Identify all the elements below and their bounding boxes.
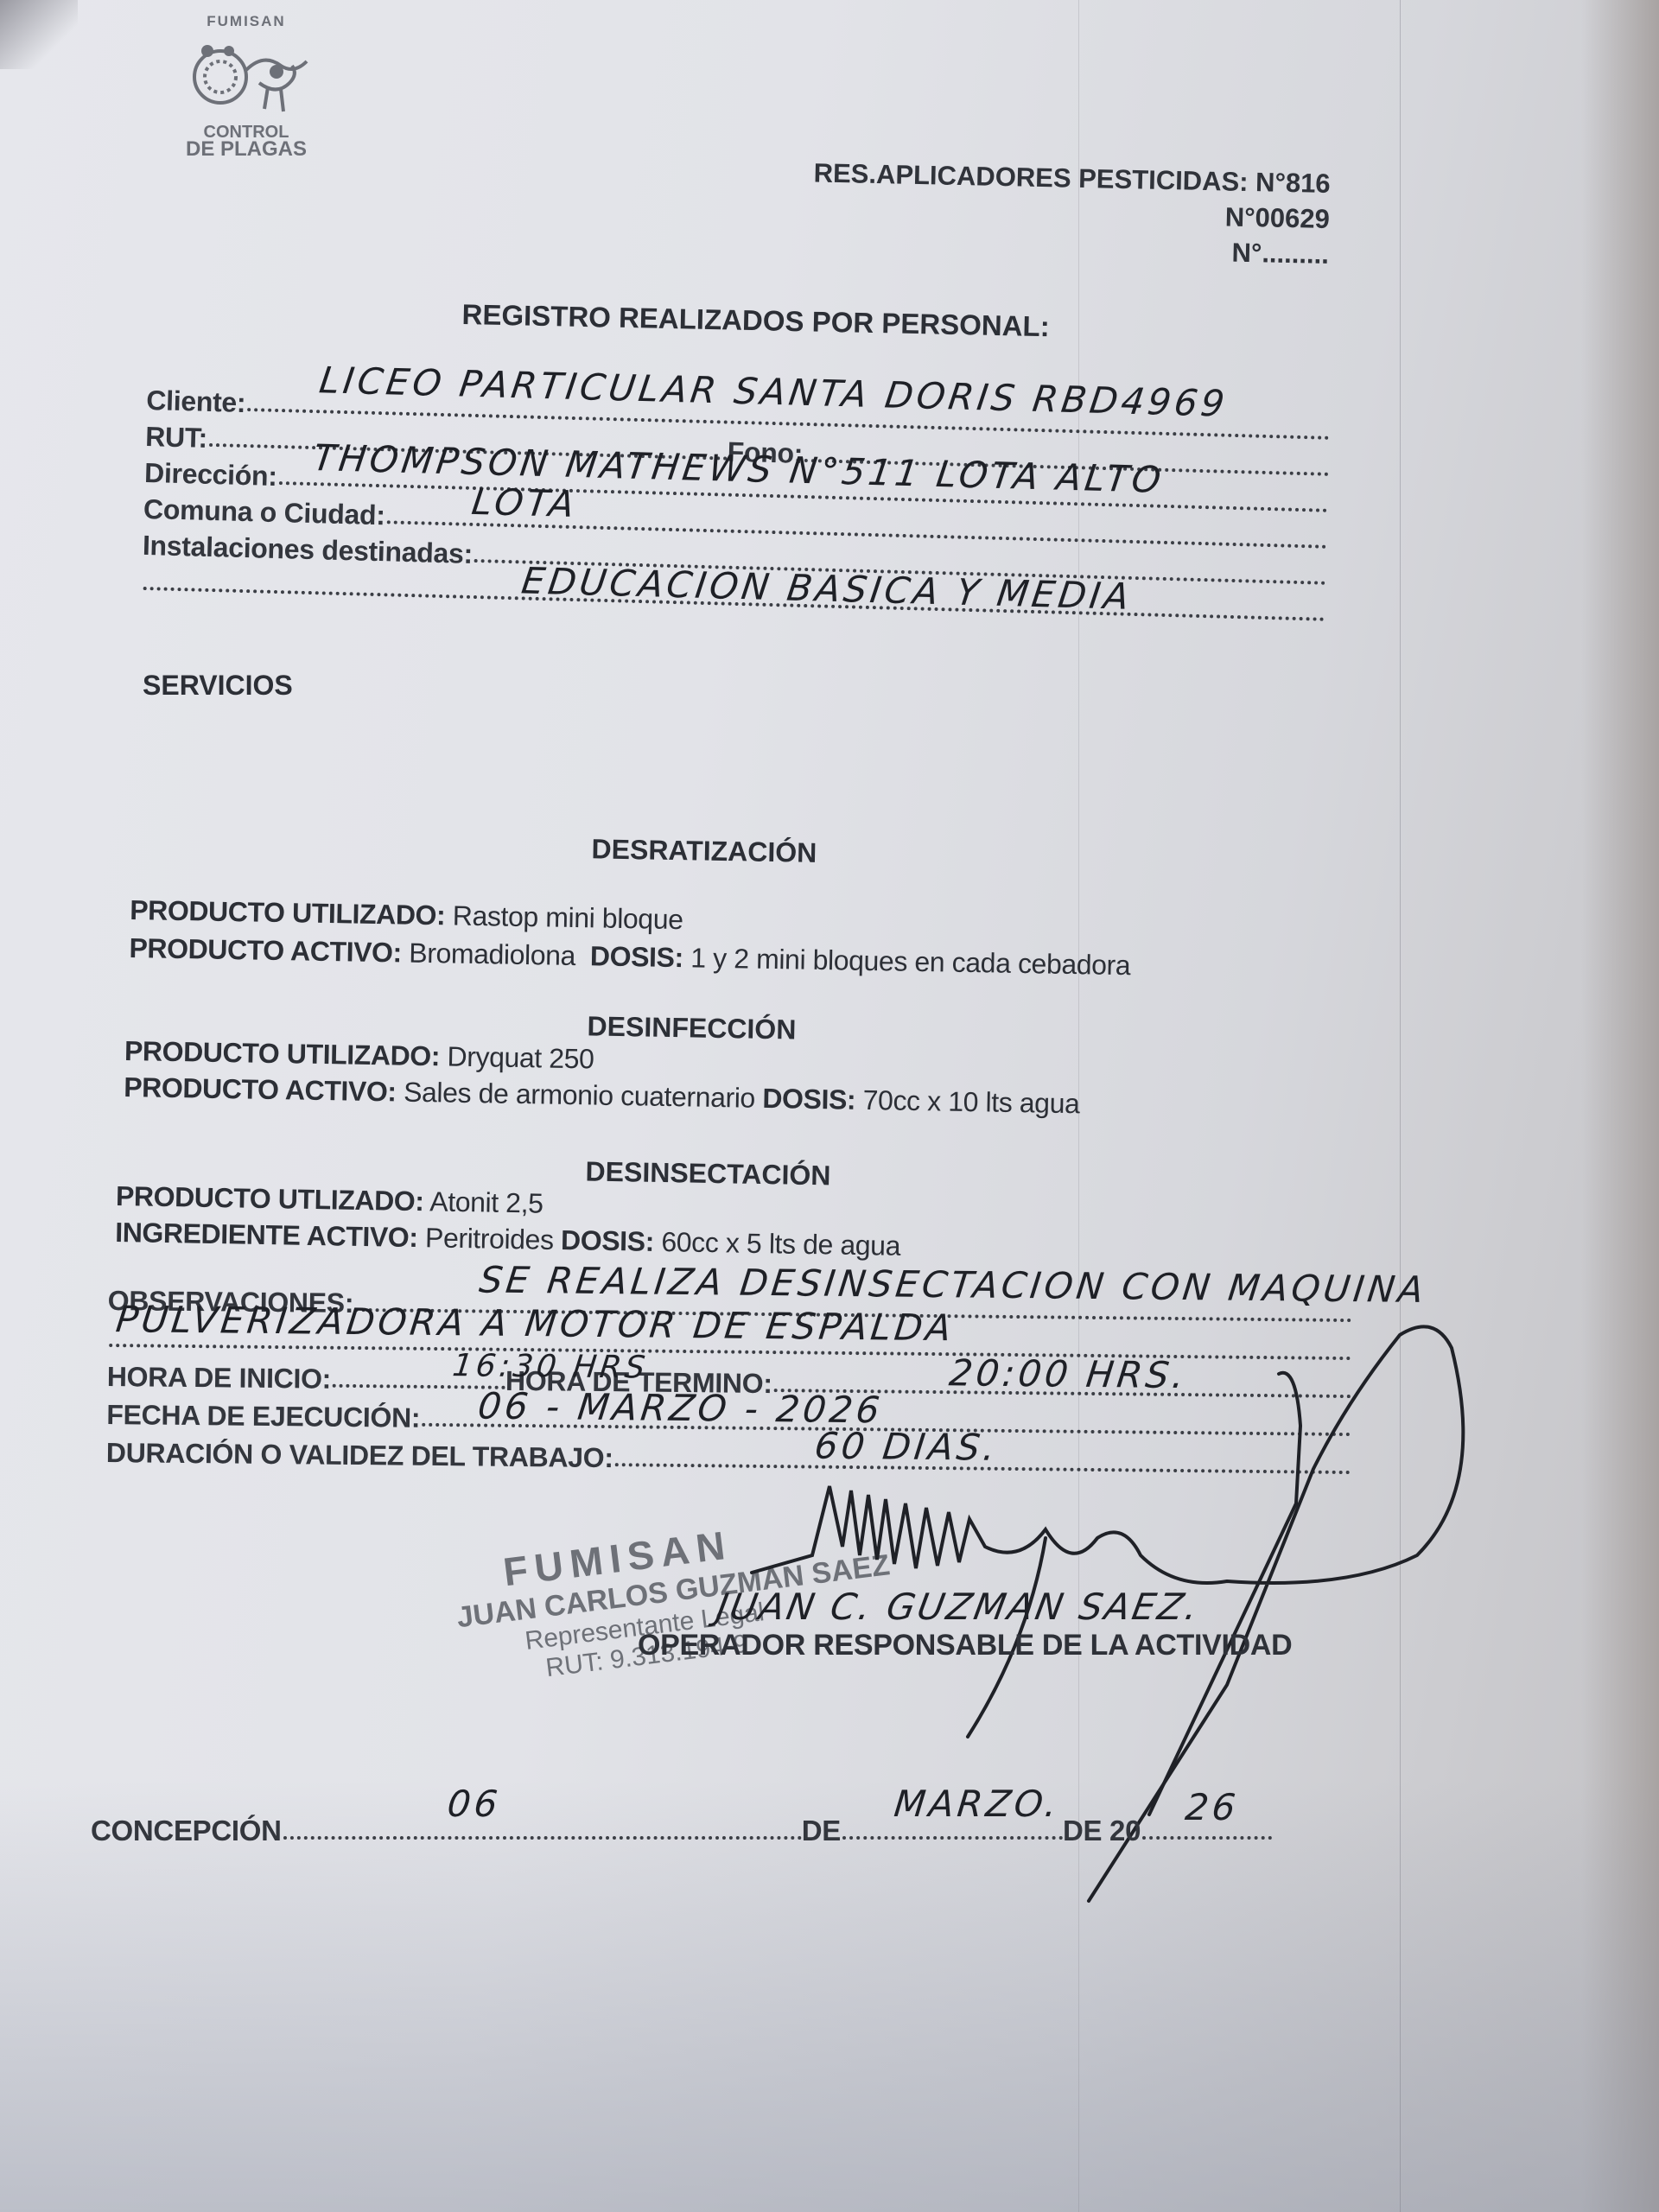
field-label: DURACIÓN O VALIDEZ DEL TRABAJO: <box>106 1437 613 1474</box>
handwritten-value: LOTA <box>469 480 580 525</box>
service-title: DESRATIZACIÓN <box>591 833 817 869</box>
handwritten-month: MARZO. <box>892 1783 1062 1825</box>
city-label: CONCEPCIÓN <box>91 1815 282 1847</box>
handwritten-value: 60 DIAS. <box>812 1425 1001 1469</box>
field-label: Dirección: <box>144 457 277 493</box>
handwritten-year: 26 <box>1184 1786 1242 1828</box>
handwritten-value: PULVERIZADORA A MOTOR DE ESPALDA <box>114 1298 957 1349</box>
logo-tagline: DE PLAGAS <box>173 141 320 158</box>
product-used: PRODUCTO UTILIZADO: Dryquat 250 <box>124 1035 594 1075</box>
service-title: DESINSECTACIÓN <box>585 1155 830 1192</box>
company-logo: FUMISAN CONTROL DE PLAGAS <box>173 13 320 158</box>
handwritten-value: 16:30 HRS <box>451 1348 651 1385</box>
logo-brand: FUMISAN <box>173 13 320 30</box>
field-label: FECHA DE EJECUCIÓN: <box>106 1399 420 1434</box>
active-product: PRODUCTO ACTIVO: Bromadiolona DOSIS: 1 y… <box>129 932 1130 982</box>
page-shadow <box>0 0 78 69</box>
active-product: PRODUCTO ACTIVO: Sales de armonio cuater… <box>124 1071 1080 1120</box>
services-heading: SERVICIOS <box>143 670 293 702</box>
handwritten-day: 06 <box>445 1783 503 1825</box>
field-label: Cliente: <box>146 385 246 419</box>
year-label: DE 20 <box>1063 1815 1141 1847</box>
day-field[interactable]: 06 <box>283 1836 802 1840</box>
field-label: HORA DE INICIO: <box>107 1361 332 1395</box>
rat-emblem-icon <box>181 35 311 118</box>
handwritten-value: 20:00 HRS. <box>947 1351 1190 1396</box>
year-field[interactable]: 26 <box>1142 1836 1272 1840</box>
operator-label: OPERADOR RESPONSABLE DE LA ACTIVIDAD <box>638 1629 1292 1662</box>
service-title: DESINFECCIÓN <box>587 1010 796 1046</box>
month-field[interactable]: MARZO. <box>842 1836 1063 1840</box>
de-label: DE <box>802 1815 841 1847</box>
field-label: RUT: <box>145 421 208 454</box>
active-ingredient: INGREDIENTE ACTIVO: Peritroides DOSIS: 6… <box>115 1217 900 1262</box>
form-title: REGISTRO REALIZADOS POR PERSONAL: <box>461 298 1050 343</box>
work-details-section: OBSERVACIONES: SE REALIZA DESINSECTACION… <box>106 1279 1352 1482</box>
client-section: Cliente: LICEO PARTICULAR SANTA DORIS RB… <box>141 380 1330 629</box>
place-date-line: CONCEPCIÓN 06 DE MARZO. DE 20 26 <box>91 1815 1361 1847</box>
product-used: PRODUCTO UTLIZADO: Atonit 2,5 <box>116 1180 543 1220</box>
handwritten-operator-name: JUAN C. GUZMAN SAEZ. <box>714 1586 1204 1628</box>
paper-fold-line <box>1400 0 1401 2212</box>
resolution-header: RES.APLICADORES PESTICIDAS: N°816 N°0062… <box>811 155 1331 271</box>
product-used: PRODUCTO UTILIZADO: Rastop mini bloque <box>130 894 683 936</box>
